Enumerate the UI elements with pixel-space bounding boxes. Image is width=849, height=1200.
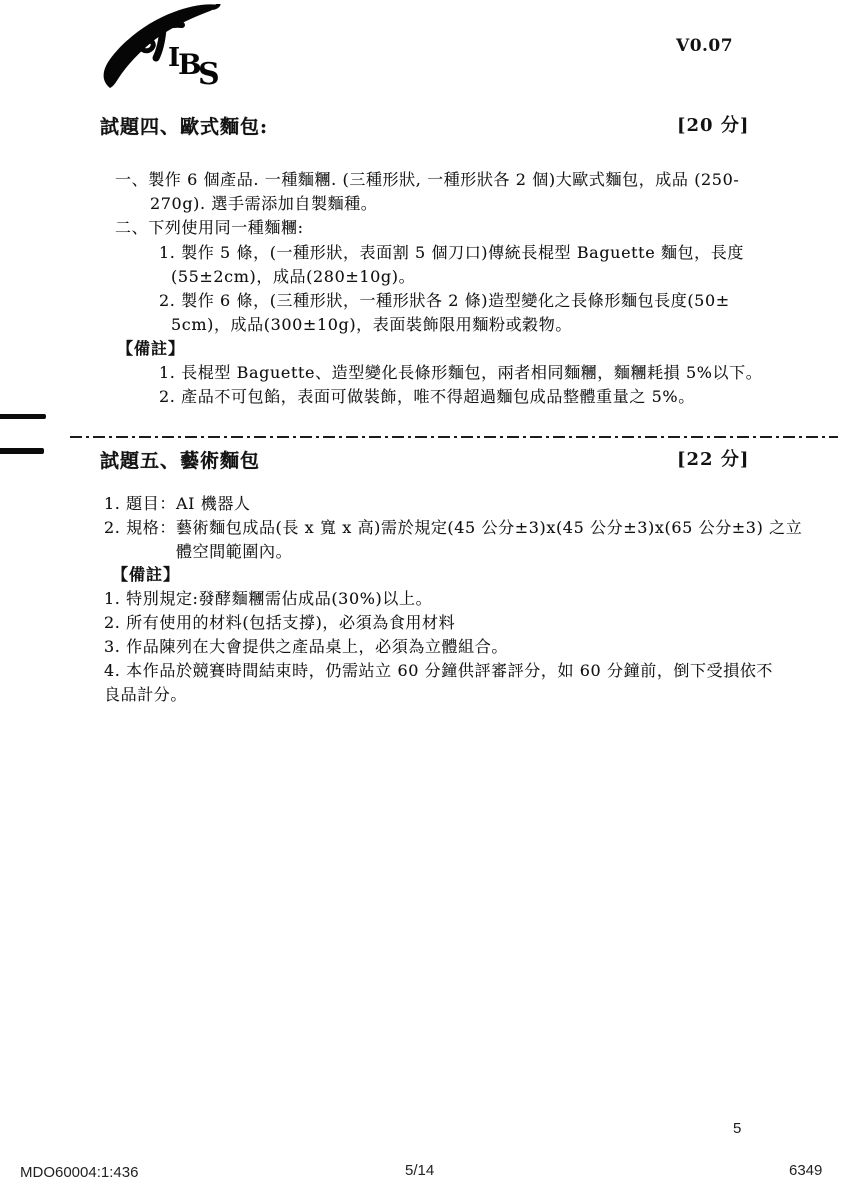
section4-line: 二、下列使用同一種麵糰:: [115, 215, 304, 238]
section5-line: 1. 特別規定:發酵麵糰需佔成品(30%)以上。: [104, 586, 432, 609]
document-version: V0.07: [676, 36, 733, 56]
section5-notes-label: 【備註】: [112, 562, 180, 585]
section4-line: 5cm)，成品(300±10g)，表面裝飾限用麵粉或穀物。: [171, 312, 572, 335]
scanned-document-page: { "header": { "logo_text": "TIBS", "vers…: [0, 0, 849, 1200]
tibs-logo: I B S: [90, 4, 248, 98]
page-number: 5: [733, 1120, 741, 1137]
section5-line: 2. 規格：藝術麵包成品(長 x 寬 x 高)需於規定(45 公分±3)x(45…: [104, 515, 802, 538]
section5-line: 1. 題目：AI 機器人: [104, 491, 251, 514]
section5-score-badge: [22 分]: [677, 445, 749, 471]
svg-text:S: S: [198, 57, 220, 92]
scan-artifact-mark: [0, 448, 44, 454]
section4-line: 2. 製作 6 條，(三種形狀，一種形狀各 2 條)造型變化之長條形麵包長度(5…: [159, 288, 730, 311]
section5-line: 體空間範圍內。: [176, 539, 292, 562]
section4-line: (55±2cm)，成品(280±10g)。: [171, 264, 415, 287]
scan-artifact-mark: [0, 414, 46, 419]
section4-title: 試題四、歐式麵包:: [100, 112, 268, 139]
footer-page-indicator: 5/14: [405, 1162, 434, 1179]
tibs-brush-icon: I B S: [90, 4, 248, 98]
section5-line: 4. 本作品於競賽時間結束時，仍需站立 60 分鐘供評審評分，如 60 分鐘前，…: [104, 658, 773, 681]
section4-line: 2. 產品不可包餡，表面可做裝飾，唯不得超過麵包成品整體重量之 5%。: [159, 384, 695, 407]
section-divider-dashed: [70, 436, 838, 438]
footer-doc-code: MDO60004:1:436: [20, 1164, 138, 1181]
section4-score-badge: [20 分]: [677, 111, 749, 137]
section4-line: 1. 長棍型 Baguette、造型變化長條形麵包，兩者相同麵糰，麵糰耗損 5%…: [159, 360, 762, 383]
section4-notes-label: 【備註】: [117, 336, 185, 359]
section4-line: 1. 製作 5 條，(一種形狀，表面割 5 個刀口)傳統長棍型 Baguette…: [159, 240, 744, 263]
section5-line: 3. 作品陳列在大會提供之產品桌上，必須為立體組合。: [104, 634, 508, 657]
section4-line: 一、製作 6 個產品. 一種麵糰. (三種形狀, 一種形狀各 2 個)大歐式麵包…: [115, 167, 739, 190]
footer-serial: 6349: [789, 1162, 822, 1179]
section5-line: 2. 所有使用的材料(包括支撐)，必須為食用材料: [104, 610, 455, 633]
section4-line: 270g). 選手需添加自製麵種。: [150, 191, 377, 214]
section5-title: 試題五、藝術麵包: [100, 446, 260, 473]
section5-line: 良品計分。: [104, 682, 187, 705]
